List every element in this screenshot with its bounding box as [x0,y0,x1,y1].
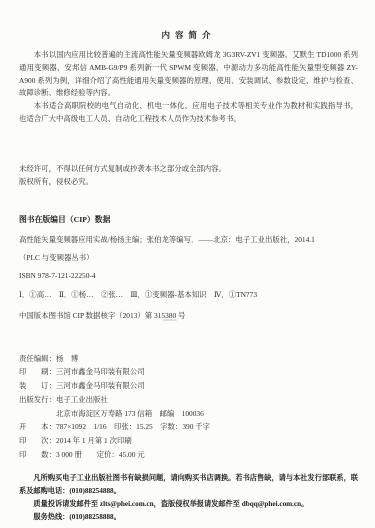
colophon-value: 三河市鑫金马印装有限公司 [56,365,145,379]
intro-section: 内容简介 本书以国内应用比较普遍的主流高性能矢量变频器欧姆龙 3G3RV-ZV1… [19,0,358,126]
colophon-row: 开 本： 787×1092 1/16 印张：15.25 字数：390 千字 [19,420,358,434]
colophon-value: 电子工业出版社 [56,393,108,407]
colophon-value: 3 000 册 定价：45.00 元 [56,448,145,462]
scan-smudge [163,319,177,321]
colophon-row: 印 刷： 三河市鑫金马印装有限公司 [19,365,358,379]
colophon-label [19,407,56,421]
colophon-label: 装 订： [19,379,56,393]
colophon-label: 责任编辑： [19,352,56,366]
notice-line: 版权所有，侵权必究。 [19,175,358,189]
cip-line: Ⅰ．①高… Ⅱ．①杨… ②张… Ⅲ．①变频器-基本知识 Ⅳ．①TN773 [19,289,358,300]
copyright-notice: 未经许可，不得以任何方式复制或抄袭本书之部分或全部内容。 版权所有，侵权必究。 [19,162,358,189]
footer-paragraph: 凡所购买电子工业出版社图书有缺损问题，请向购买书店调换。若书店售缺，请与本社发行… [19,472,358,498]
colophon-value: 三河市鑫金马印装有限公司 [56,379,145,393]
notice-line: 未经许可，不得以任何方式复制或抄袭本书之部分或全部内容。 [19,162,358,176]
colophon-row: 印 数： 3 000 册 定价：45.00 元 [19,448,358,462]
purchase-notice-section: 凡所购买电子工业出版社图书有缺损问题，请向购买书店调换。若书店售缺，请与本社发行… [19,472,358,524]
colophon-label: 开 本： [19,420,56,434]
colophon-section: 责任编辑： 杨 博 印 刷： 三河市鑫金马印装有限公司 装 订： 三河市鑫金马印… [19,352,358,462]
cip-section: 图书在版编目（CIP）数据 高性能矢量变频器应用实战/杨扬主编；张伯龙等编写．—… [19,214,358,321]
intro-paragraph: 本书以国内应用比较普遍的主流高性能矢量变频器欧姆龙 3G3RV-ZV1 变频器、… [19,49,358,100]
colophon-row: 印 次： 2014 年 1 月第 1 次印刷 [19,434,358,448]
cip-line: 高性能矢量变频器应用实战/杨扬主编；张伯龙等编写．——北京：电子工业出版社，20… [19,234,358,245]
colophon-row: 装 订： 三河市鑫金马印装有限公司 [19,379,358,393]
footer-paragraph: 质量投诉请发邮件至 zlts@phei.com.cn，盗版侵权举报请发邮件至 d… [19,498,358,511]
colophon-row: 出版发行： 电子工业出版社 [19,393,358,407]
colophon-label: 印 数： [19,448,56,462]
intro-paragraph: 本书适合高职院校的电气自动化、机电一体化、应用电子技术等相关专业作为教材和实践指… [19,100,358,126]
colophon-value: 787×1092 1/16 印张：15.25 字数：390 千字 [56,420,210,434]
cip-line: ISBN 978-7-121-22250-4 [19,271,358,280]
colophon-label: 出版发行： [19,393,56,407]
cip-line: （PLC 与变频器丛书） [19,252,358,263]
cip-line: 中国版本图书馆 CIP 数据核字（2013）第 315380 号 [19,310,358,321]
colophon-label: 印 次： [19,434,56,448]
footer-paragraph: 服务热线：(010)88258888。 [19,511,358,524]
colophon-value: 2014 年 1 月第 1 次印刷 [56,434,132,448]
cip-heading: 图书在版编目（CIP）数据 [19,214,358,225]
colophon-value: 杨 博 [56,352,78,366]
colophon-row: 责任编辑： 杨 博 [19,352,358,366]
colophon-value: 北京市海淀区万寿路 173 信箱 邮编 100036 [56,407,204,421]
colophon-label: 印 刷： [19,365,56,379]
intro-title: 内容简介 [19,0,358,41]
book-copyright-page: 内容简介 本书以国内应用比较普遍的主流高性能矢量变频器欧姆龙 3G3RV-ZV1… [0,0,375,528]
colophon-row: 北京市海淀区万寿路 173 信箱 邮编 100036 [19,407,358,421]
